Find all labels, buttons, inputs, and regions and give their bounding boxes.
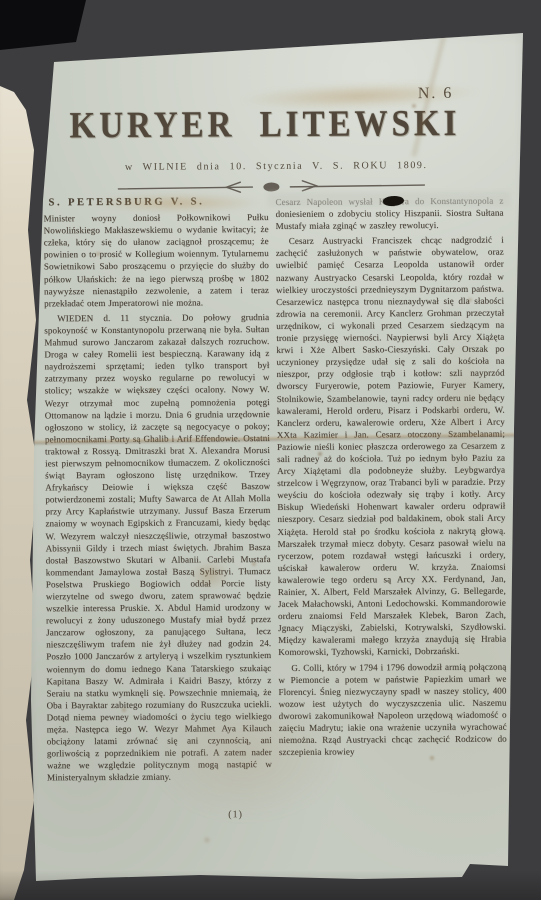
left-column: S. PETERSBURG V. S. Minister woyny donio… (43, 196, 272, 809)
scan-bottom-shadow (0, 870, 541, 900)
paragraph: Cesarz Austryacki Franciszek chcąc nadgr… (276, 234, 507, 659)
scan-background: N. 6 KURYER LITEWSKI w WILNIE dnia 10. S… (0, 0, 541, 900)
paragraph: G. Colli, który w 1794 i 1796 dowodził a… (278, 660, 507, 758)
paragraph: Minister woyny doniosł Połkownikowi Pułk… (44, 211, 270, 309)
page-number: (1) (228, 809, 243, 820)
section-heading: S. PETERSBURG V. S. (43, 196, 268, 209)
scan-corner-shadow (0, 0, 86, 50)
dateline: w WILNIE dnia 10. Stycznia V. S. ROKU 18… (56, 160, 496, 174)
right-column: Cesarz Napoleon wysłał Kuryera do Konsta… (275, 195, 507, 818)
paragraph: WIEDEN d. 11 stycznia. Do połowy grudnia… (44, 311, 272, 784)
newspaper-page: N. 6 KURYER LITEWSKI w WILNIE dnia 10. S… (0, 0, 541, 900)
page-content: N. 6 KURYER LITEWSKI w WILNIE dnia 10. S… (0, 0, 541, 900)
